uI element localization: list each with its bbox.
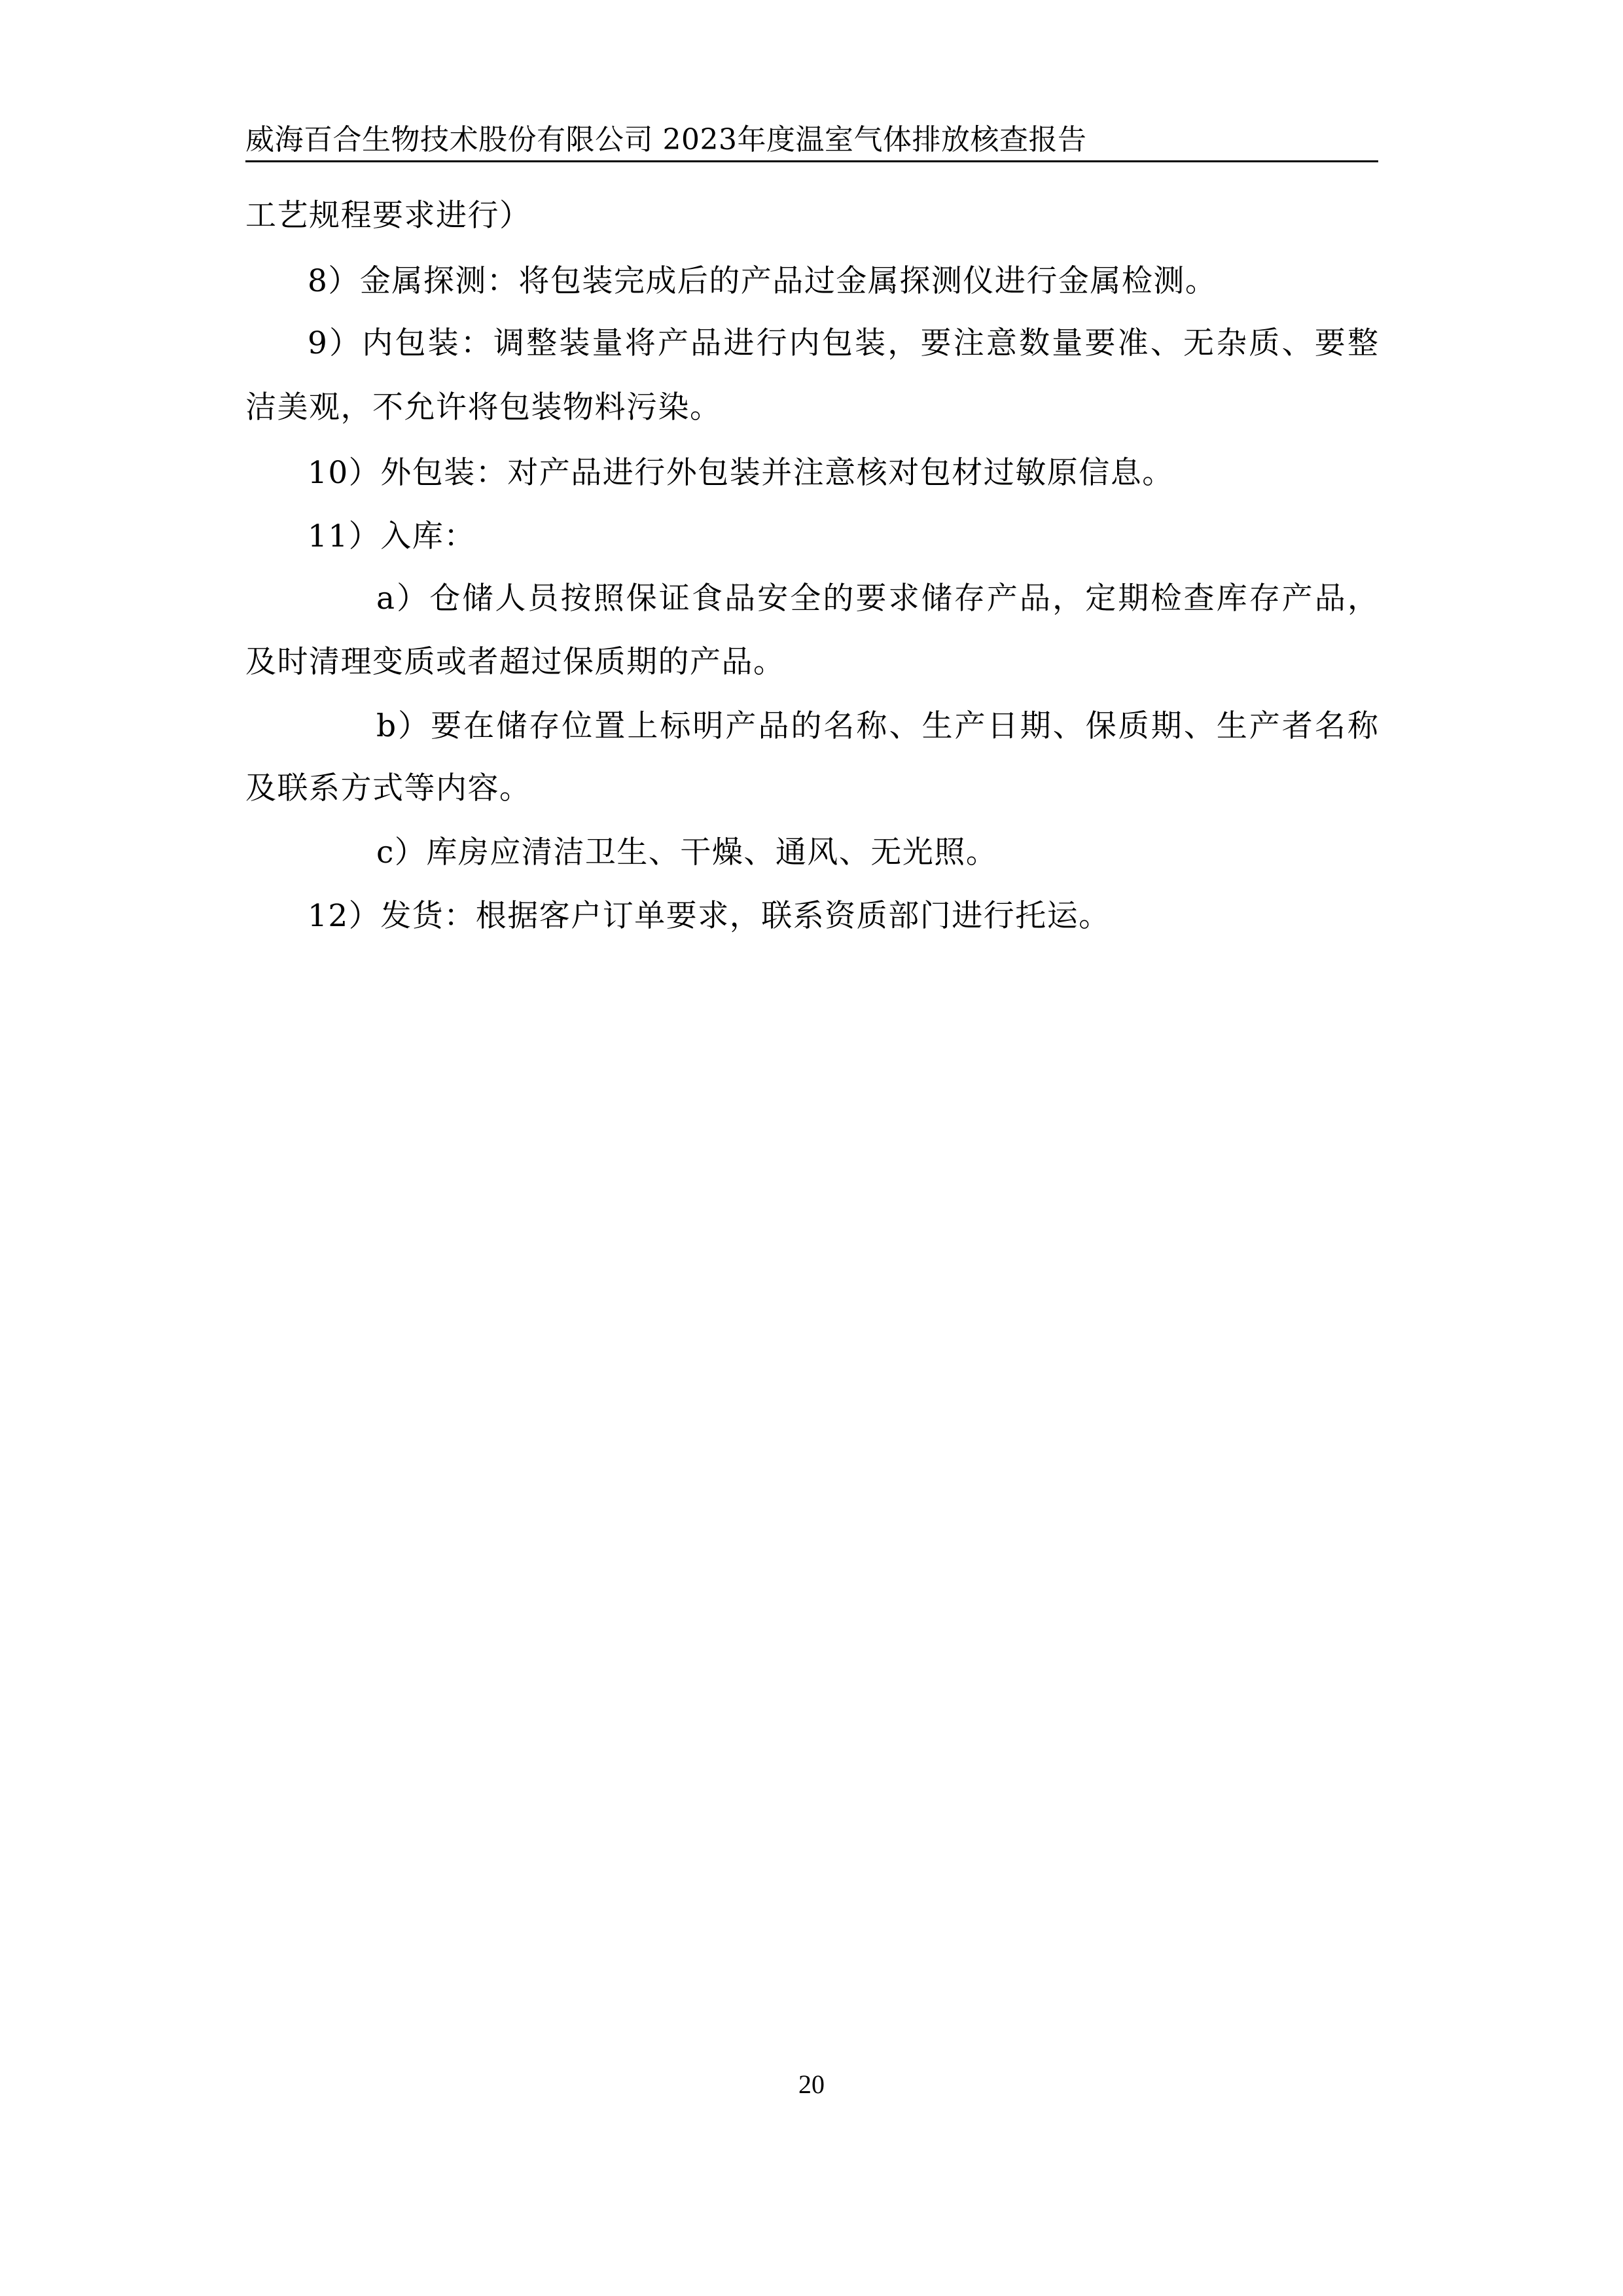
sub-item-b-labeling: b）要在储存位置上标明产品的名称、生产日期、保质期、生产者名称 xyxy=(376,707,1378,746)
page-number: 20 xyxy=(0,2068,1623,2101)
header-rule-divider xyxy=(245,160,1378,162)
running-header-title: 威海百合生物技术股份有限公司 2023年度温室气体排放核查报告 xyxy=(245,122,1086,158)
list-item-12-shipping: 12）发货：根据客户订单要求，联系资质部门进行托运。 xyxy=(308,897,1111,936)
paragraph-line-continuation: 及联系方式等内容。 xyxy=(245,769,531,808)
sub-item-c-warehouse-conditions: c）库房应清洁卫生、干燥、通风、无光照。 xyxy=(376,833,997,872)
list-item-9-inner-packaging: 9）内包装：调整装量将产品进行内包装，要注意数量要准、无杂质、要整 xyxy=(308,324,1378,363)
list-item-11-warehousing: 11）入库： xyxy=(308,517,476,556)
paragraph-line: 工艺规程要求进行） xyxy=(245,196,531,236)
document-page: 威海百合生物技术股份有限公司 2023年度温室气体排放核查报告 工艺规程要求进行… xyxy=(0,0,1623,2296)
list-item-8-metal-detection: 8）金属探测：将包装完成后的产品过金属探测仪进行金属检测。 xyxy=(308,262,1217,301)
sub-item-a-storage: a）仓储人员按照保证食品安全的要求储存产品，定期检查库存产品， xyxy=(376,579,1378,619)
paragraph-line-continuation: 洁美观，不允许将包装物料污染。 xyxy=(245,388,722,427)
paragraph-line-continuation: 及时清理变质或者超过保质期的产品。 xyxy=(245,643,785,682)
list-item-10-outer-packaging: 10）外包装：对产品进行外包装并注意核对包材过敏原信息。 xyxy=(308,454,1174,493)
